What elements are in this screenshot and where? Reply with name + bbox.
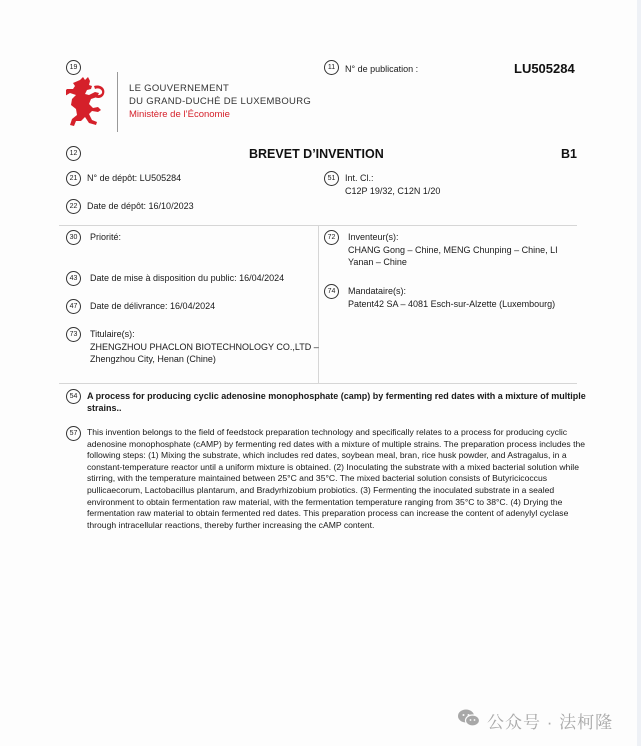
agent-label: Mandataire(s): — [348, 285, 406, 297]
inid-code-47: 47 — [66, 299, 81, 314]
application-number: N° de dépôt: LU505284 — [87, 172, 181, 184]
holder-line2: Zhengzhou City, Henan (Chine) — [90, 353, 216, 365]
document-title: BREVET D’INVENTION — [249, 147, 384, 161]
holder-label: Titulaire(s): — [90, 328, 135, 340]
ministry-name: Ministère de l’Économie — [129, 108, 230, 121]
inventor-line1: CHANG Gong – Chine, MENG Chunping – Chin… — [348, 244, 558, 256]
agent-value: Patent42 SA – 4081 Esch-sur-Alzette (Lux… — [348, 298, 555, 310]
publication-number: LU505284 — [514, 61, 575, 76]
wechat-icon — [457, 708, 481, 728]
government-name-line2: DU GRAND-DUCHÉ DE LUXEMBOURG — [129, 95, 311, 108]
scrollbar[interactable] — [637, 0, 641, 746]
inventor-line2: Yanan – Chine — [348, 256, 407, 268]
inid-code-19: 19 — [66, 60, 81, 75]
kind-code: B1 — [561, 147, 577, 161]
publication-label: N° de publication : — [345, 63, 418, 75]
inid-code-73: 73 — [66, 327, 81, 342]
inid-code-12: 12 — [66, 146, 81, 161]
inid-code-43: 43 — [66, 271, 81, 286]
luxembourg-red-lion-icon — [66, 76, 110, 128]
column-divider — [318, 226, 319, 383]
header-divider — [117, 72, 118, 132]
inid-code-74: 74 — [324, 284, 339, 299]
inid-code-72: 72 — [324, 230, 339, 245]
int-cl-label: Int. Cl.: — [345, 172, 374, 184]
inid-code-21: 21 — [66, 171, 81, 186]
inid-code-57: 57 — [66, 426, 81, 441]
inid-code-30: 30 — [66, 230, 81, 245]
holder-line1: ZHENGZHOU PHACLON BIOTECHNOLOGY CO.,LTD … — [90, 341, 319, 353]
inid-code-22: 22 — [66, 199, 81, 214]
inid-code-54: 54 — [66, 389, 81, 404]
section-divider-bottom — [59, 383, 577, 384]
invention-title: A process for producing cyclic adenosine… — [87, 390, 587, 414]
inid-code-11: 11 — [324, 60, 339, 75]
watermark-text: 公众号 · 法柯隆 — [487, 708, 613, 733]
publication-date: Date de mise à disposition du public: 16… — [90, 272, 284, 284]
inventor-label: Inventeur(s): — [348, 231, 399, 243]
filing-date: Date de dépôt: 16/10/2023 — [87, 200, 194, 212]
abstract-text: This invention belongs to the field of f… — [87, 427, 587, 531]
grant-date: Date de délivrance: 16/04/2024 — [90, 300, 215, 312]
inid-code-51: 51 — [324, 171, 339, 186]
government-name-line1: LE GOUVERNEMENT — [129, 82, 229, 95]
int-cl-value: C12P 19/32, C12N 1/20 — [345, 185, 440, 197]
priority-label: Priorité: — [90, 231, 121, 243]
